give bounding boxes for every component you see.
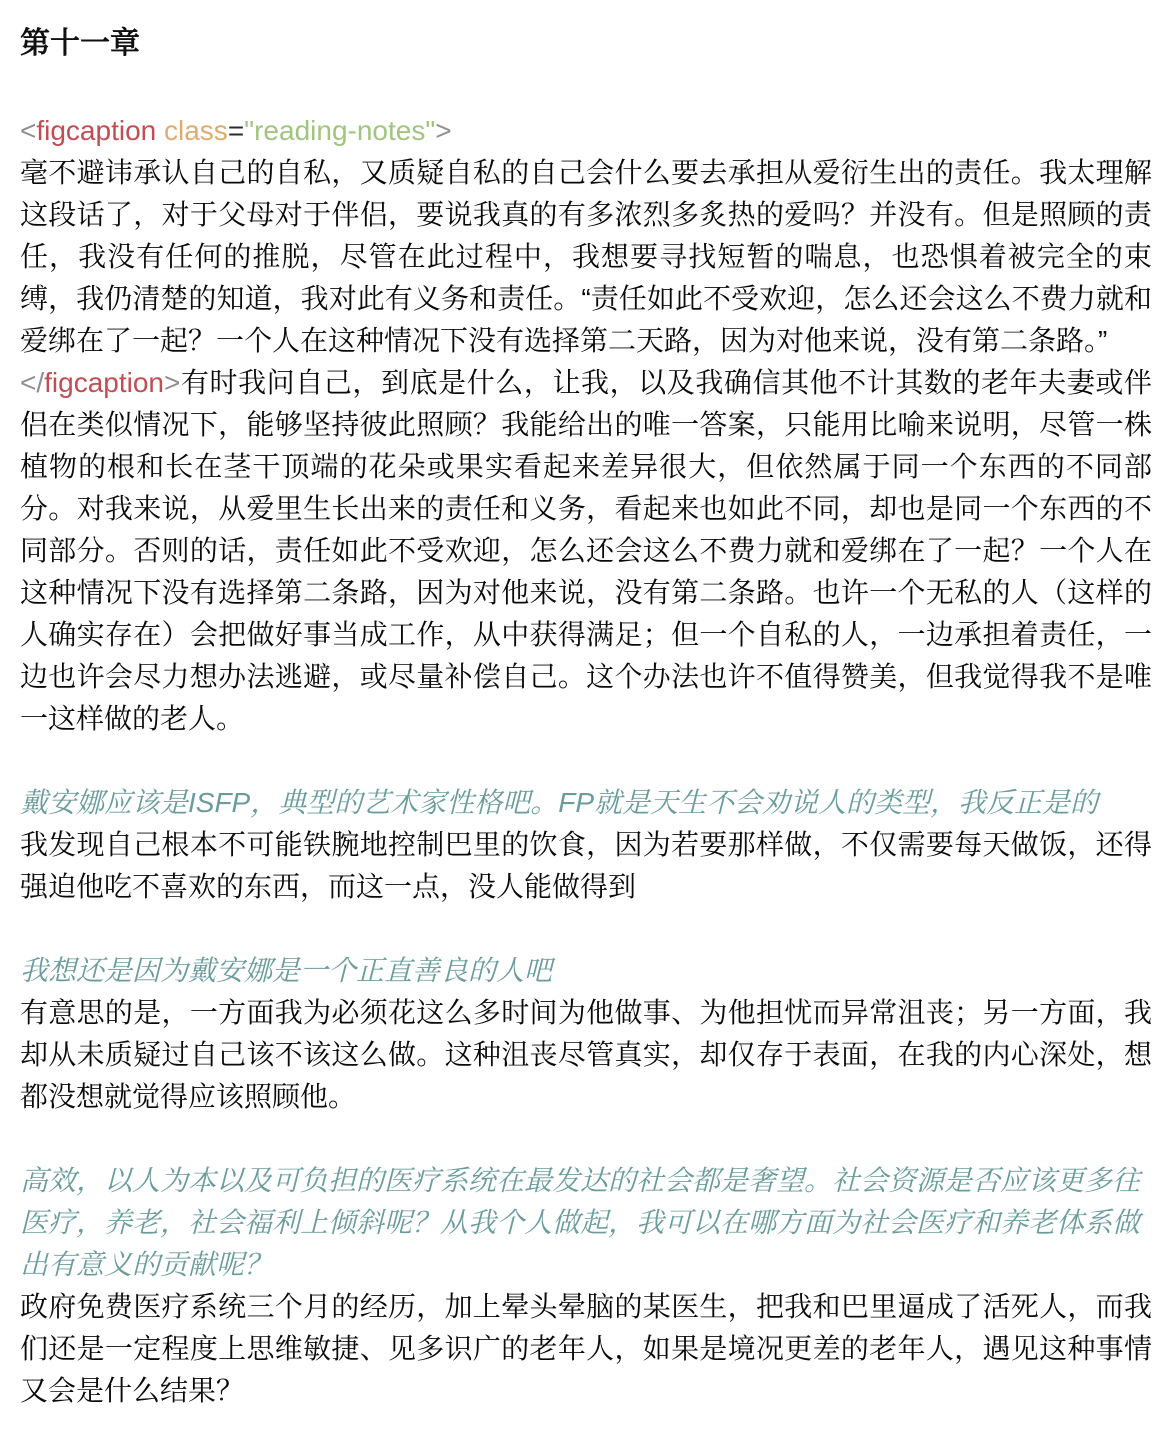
reading-note-group-2: 我想还是因为戴安娜是一个正直善良的人吧 有意思的是，一方面我为必须花这么多时间为… [20,950,1152,1118]
close-tag-bracket-close: > [164,367,180,398]
reading-note-comment: 我想还是因为戴安娜是一个正直善良的人吧 [20,950,1152,992]
reading-note-excerpt: 政府免费医疗系统三个月的经历，加上晕头晕脑的某医生，把我和巴里逼成了活死人，而我… [20,1286,1152,1412]
reading-note-group-1: 戴安娜应该是ISFP，典型的艺术家性格吧。FP就是天生不会劝说人的类型，我反正是… [20,782,1152,908]
open-tag-value: "reading-notes" [244,115,435,146]
reading-note-comment: 高效，以人为本以及可负担的医疗系统在最发达的社会都是奢望。社会资源是否应该更多往… [20,1160,1152,1286]
reading-note-excerpt: 有意思的是，一方面我为必须花这么多时间为他做事、为他担忧而异常沮丧；另一方面，我… [20,992,1152,1118]
reading-note-group-3: 高效，以人为本以及可负担的医疗系统在最发达的社会都是奢望。社会资源是否应该更多往… [20,1160,1152,1412]
document-page: 第十一章 <figcaption class="reading-notes">毫… [0,0,1174,1452]
open-tag-name: figcaption [36,115,156,146]
narrative-text: 有时我问自己，到底是什么，让我，以及我确信其他不计其数的老年夫妻或伴侣在类似情况… [20,367,1152,734]
open-tag-bracket-close: > [435,115,451,146]
open-tag-bracket: < [20,115,36,146]
open-tag-attr: class [156,115,228,146]
reading-note-comment: 戴安娜应该是ISFP，典型的艺术家性格吧。FP就是天生不会劝说人的类型，我反正是… [20,782,1152,824]
quoted-text: 毫不避讳承认自己的自私，又质疑自私的自己会什么要去承担从爱衍生出的责任。我太理解… [20,157,1152,356]
chapter-heading: 第十一章 [20,24,1152,64]
reading-note-excerpt: 我发现自己根本不可能铁腕地控制巴里的饮食，因为若要那样做，不仅需要每天做饭，还得… [20,824,1152,908]
close-tag-bracket: </ [20,367,44,398]
open-tag-equals: = [228,115,244,146]
figcaption-open-tag: <figcaption class="reading-notes"> [20,115,452,146]
quote-paragraph: <figcaption class="reading-notes">毫不避讳承认… [20,110,1152,740]
figcaption-close-tag: </figcaption> [20,367,180,398]
close-tag-name: figcaption [44,367,164,398]
